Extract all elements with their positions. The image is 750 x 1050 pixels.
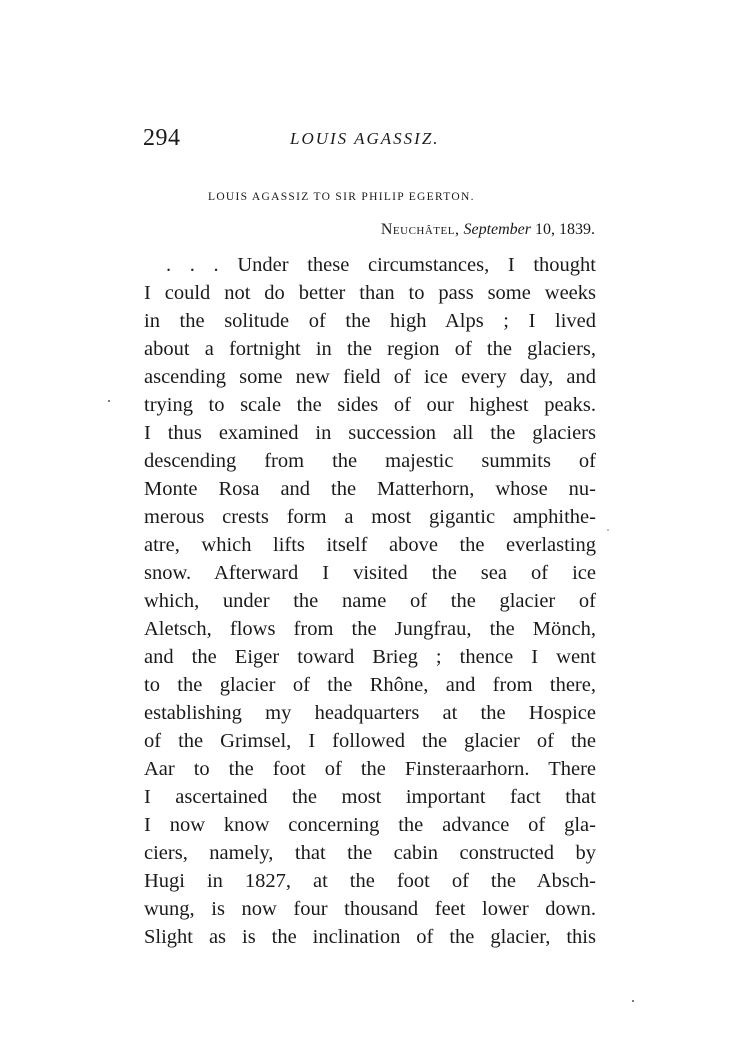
text-line: ascending some new field of ice every da… — [144, 363, 596, 391]
book-page: 294 LOUIS AGASSIZ. LOUIS AGASSIZ TO SIR … — [0, 0, 750, 1050]
text-line: I could not do better than to pass some … — [144, 279, 596, 307]
page-number: 294 — [143, 125, 181, 152]
text-line: and the Eiger toward Brieg ; thence I we… — [144, 643, 596, 671]
text-line: merous crests form a most gigantic amphi… — [144, 503, 596, 531]
text-line: atre, which lifts itself above the everl… — [144, 531, 596, 559]
dateline: Neuchâtel, September 10, 1839. — [381, 221, 595, 239]
dateline-day-year: 10, 1839. — [535, 221, 595, 238]
text-line: Hugi in 1827, at the foot of the Absch- — [144, 867, 596, 895]
text-line: in the solitude of the high Alps ; I liv… — [144, 307, 596, 335]
text-line: about a fortnight in the region of the g… — [144, 335, 596, 363]
text-line: trying to scale the sides of our highest… — [144, 391, 596, 419]
text-line: I ascertained the most important fact th… — [144, 783, 596, 811]
letter-heading: LOUIS AGASSIZ TO SIR PHILIP EGERTON. — [208, 191, 475, 203]
text-line: I now know concerning the advance of gla… — [144, 811, 596, 839]
text-line: establishing my headquarters at the Hosp… — [144, 699, 596, 727]
text-line: snow. Afterward I visited the sea of ice — [144, 559, 596, 587]
scan-speck — [632, 1000, 634, 1002]
text-line: Aletsch, flows from the Jungfrau, the Mö… — [144, 615, 596, 643]
text-line: ciers, namely, that the cabin constructe… — [144, 839, 596, 867]
text-line: to the glacier of the Rhône, and from th… — [144, 671, 596, 699]
text-line: I thus examined in succession all the gl… — [144, 419, 596, 447]
text-line: Monte Rosa and the Matterhorn, whose nu- — [144, 475, 596, 503]
text-line: . . . Under these circumstances, I thoug… — [144, 251, 596, 279]
running-head: 294 LOUIS AGASSIZ. — [143, 125, 595, 155]
text-line: Aar to the foot of the Finsteraarhorn. T… — [144, 755, 596, 783]
letter-body: . . . Under these circumstances, I thoug… — [144, 251, 596, 951]
running-title: LOUIS AGASSIZ. — [290, 129, 440, 149]
text-line: which, under the name of the glacier of — [144, 587, 596, 615]
text-line: descending from the majestic summits of — [144, 447, 596, 475]
scan-speck — [607, 529, 609, 531]
scan-speck — [108, 400, 110, 402]
dateline-place: Neuchâtel, — [381, 221, 460, 238]
text-line: of the Grimsel, I followed the glacier o… — [144, 727, 596, 755]
text-line: wung, is now four thousand feet lower do… — [144, 895, 596, 923]
dateline-month: September — [463, 221, 531, 238]
text-line: Slight as is the inclination of the glac… — [144, 923, 596, 951]
